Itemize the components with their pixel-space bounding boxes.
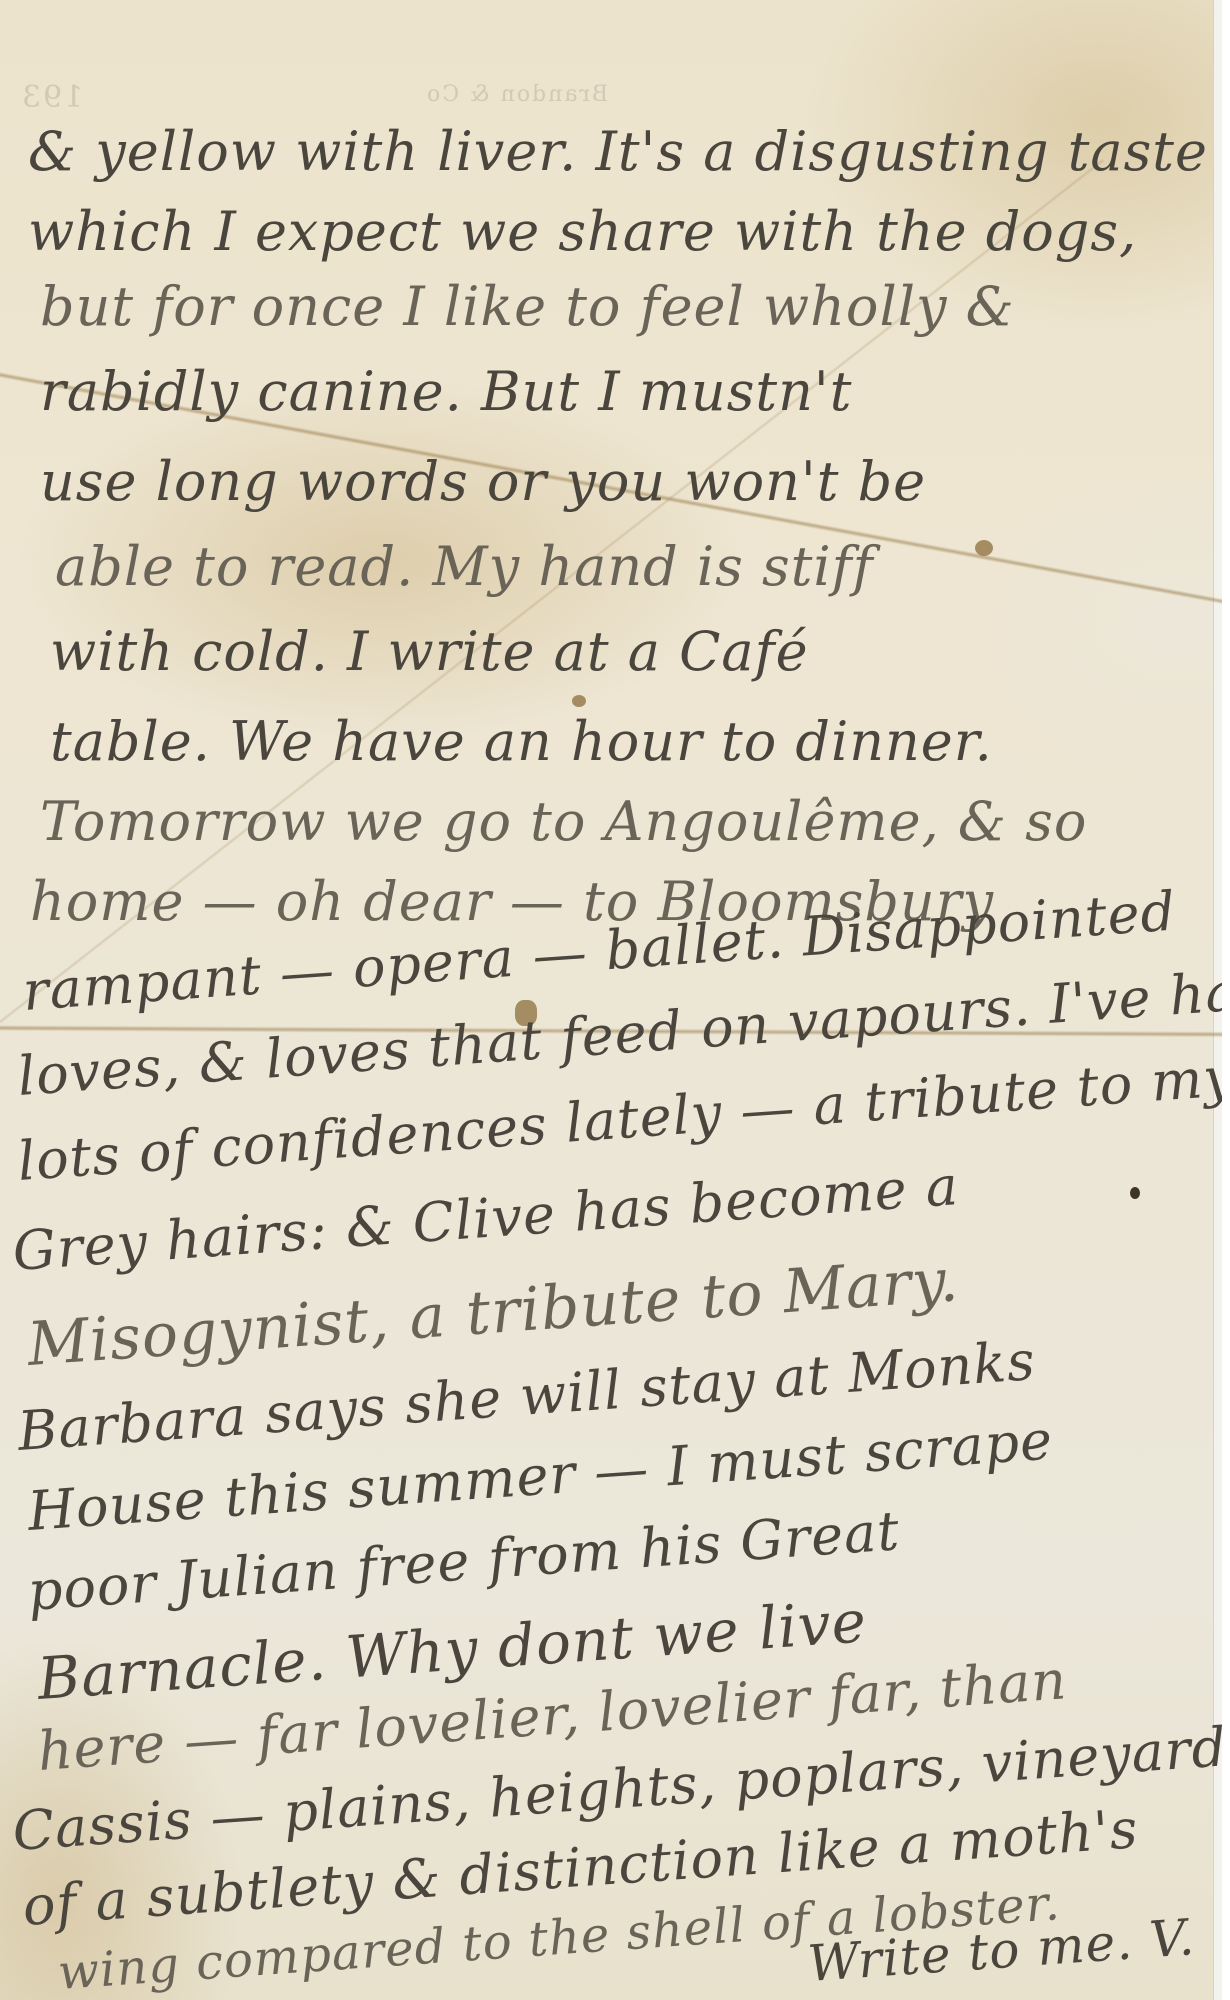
letter-line: rabidly canine. But I mustn't	[40, 360, 852, 423]
letter-line: use long words or you won't be	[40, 450, 926, 513]
ink-stain	[572, 695, 586, 707]
bleed-through-page-number: 193	[20, 80, 83, 115]
letter-line: which I expect we share with the dogs,	[28, 200, 1137, 263]
letter-line: Tomorrow we go to Angoulême, & so	[40, 790, 1087, 853]
bleed-through-letterhead: Brandon & Co	[425, 82, 608, 107]
letter-line: table. We have an hour to dinner.	[50, 710, 993, 773]
letter-line: with cold. I write at a Café	[50, 620, 809, 683]
letter-page: 193 Brandon & Co & yellow with liver. It…	[0, 0, 1222, 2000]
ink-dot	[1130, 1187, 1140, 1199]
letter-line: & yellow with liver. It's a disgusting t…	[28, 120, 1208, 183]
letter-line: able to read. My hand is stiff	[55, 535, 874, 598]
ink-stain	[975, 540, 993, 556]
letter-line: but for once I like to feel wholly &	[40, 275, 1015, 338]
